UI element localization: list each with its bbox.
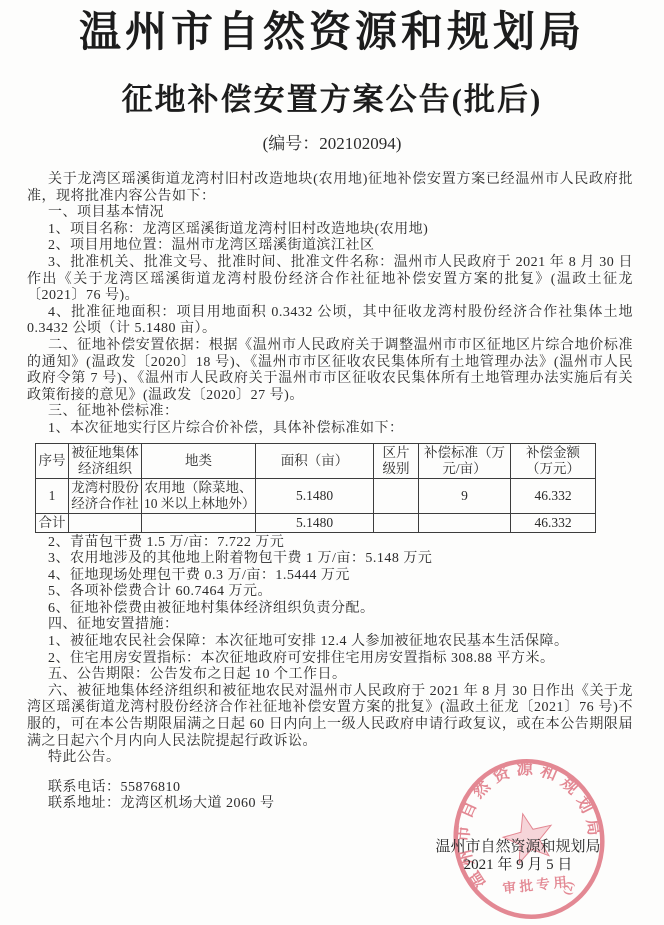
table-cell <box>374 513 419 532</box>
table-header-cell: 序号 <box>36 443 69 478</box>
signature-date: 2021 年 9 月 5 日 <box>420 857 616 875</box>
table-total-row: 合计 5.1480 46.332 <box>36 513 596 532</box>
body-paragraph: 1、被征地农民社会保障：本次征地可安排 12.4 人参加被征地农民基本生活保障。 <box>27 634 633 651</box>
table-cell <box>69 513 142 532</box>
table-header-cell: 区片级别 <box>374 443 419 478</box>
table-cell <box>142 513 256 532</box>
doc-number: (编号：202102094) <box>0 134 664 154</box>
table-header-cell: 被征地集体经济组织 <box>69 443 142 478</box>
intro-paragraph: 关于龙湾区瑶溪街道龙湾村旧村改造地块(农用地)征地补偿安置方案已经温州市人民政府… <box>27 172 633 205</box>
body-paragraph: 六、被征地集体经济组织和被征地农民对温州市人民政府于 2021 年 8 月 30… <box>27 684 633 750</box>
table-header-cell: 补偿标准（万元/亩） <box>419 443 511 478</box>
body-paragraph: 2、项目用地位置：温州市龙湾区瑶溪街道滨江社区 <box>27 238 633 255</box>
body-paragraph: 三、征地补偿标准： <box>27 404 633 421</box>
table-cell: 农用地（除菜地、10 米以上林地外） <box>142 478 256 513</box>
document-body: 关于龙湾区瑶溪街道龙湾村旧村改造地块(农用地)征地补偿安置方案已经温州市人民政府… <box>27 172 633 813</box>
body-paragraph: 四、征地安置措施： <box>27 617 633 634</box>
table-cell: 1 <box>36 478 69 513</box>
compensation-table: 序号 被征地集体经济组织 地类 面积（亩） 区片级别 补偿标准（万元/亩） 补偿… <box>35 443 596 533</box>
table-cell: 9 <box>419 478 511 513</box>
table-cell: 合计 <box>36 513 69 532</box>
body-paragraph: 6、征地补偿费由被征地村集体经济组织负责分配。 <box>27 601 633 618</box>
table-cell: 46.332 <box>511 513 596 532</box>
body-paragraph: 3、农用地涉及的其他地上附着物包干费 1 万/亩：5.148 万元 <box>27 551 633 568</box>
doc-title: 征地补偿安置方案公告(批后) <box>0 83 664 117</box>
body-paragraph: 一、项目基本情况 <box>27 205 633 222</box>
table-cell: 5.1480 <box>256 478 374 513</box>
body-paragraph: 2、住宅用房安置指标：本次征地政府可安排住宅用房安置指标 308.88 平方米。 <box>27 651 633 668</box>
signature-block: 温州市自然资源和规划局 2021 年 9 月 5 日 <box>420 839 616 874</box>
body-paragraph: 4、批准征地面积：项目用地面积 0.3432 公顷，其中征收龙湾村股份经济合作社… <box>27 305 633 338</box>
table-header-cell: 补偿金额（万元） <box>511 443 596 478</box>
table-cell <box>374 478 419 513</box>
table-cell: 46.332 <box>511 478 596 513</box>
document-page: 温州市自然资源和规划局 征地补偿安置方案公告(批后) (编号：202102094… <box>0 0 664 925</box>
table-row: 1 龙湾村股份经济合作社 农用地（除菜地、10 米以上林地外） 5.1480 9… <box>36 478 596 513</box>
table-header-cell: 面积（亩） <box>256 443 374 478</box>
table-cell: 龙湾村股份经济合作社 <box>69 478 142 513</box>
signature-org: 温州市自然资源和规划局 <box>420 839 616 857</box>
body-paragraph: 1、项目名称：龙湾区瑶溪街道龙湾村旧村改造地块(农用地) <box>27 222 633 239</box>
body-paragraph: 4、征地现场处理包干费 0.3 万/亩：1.5444 万元 <box>27 568 633 585</box>
table-cell: 5.1480 <box>256 513 374 532</box>
body-paragraph: 二、征地补偿安置依据：根据《温州市人民政府关于调整温州市市区征地区片综合地价标准… <box>27 338 633 404</box>
table-header-row: 序号 被征地集体经济组织 地类 面积（亩） 区片级别 补偿标准（万元/亩） 补偿… <box>36 443 596 478</box>
body-paragraph: 2、青苗包干费 1.5 万/亩：7.722 万元 <box>27 535 633 552</box>
table-cell <box>419 513 511 532</box>
seal-number-text: (2) <box>562 880 577 896</box>
org-title: 温州市自然资源和规划局 <box>0 0 664 56</box>
body-paragraph: 五、公告期限：公告发布之日起 10 个工作日。 <box>27 667 633 684</box>
body-paragraph: 3、批准机关、批准文号、批准时间、批准文件名称：温州市人民政府于 2021 年 … <box>27 255 633 305</box>
body-paragraph: 1、本次征地实行区片综合价补偿，具体补偿标准如下： <box>27 421 633 438</box>
body-paragraph: 5、各项补偿费合计 60.7464 万元。 <box>27 584 633 601</box>
seal-bottom-text: 审批专用 <box>502 873 571 896</box>
table-header-cell: 地类 <box>142 443 256 478</box>
